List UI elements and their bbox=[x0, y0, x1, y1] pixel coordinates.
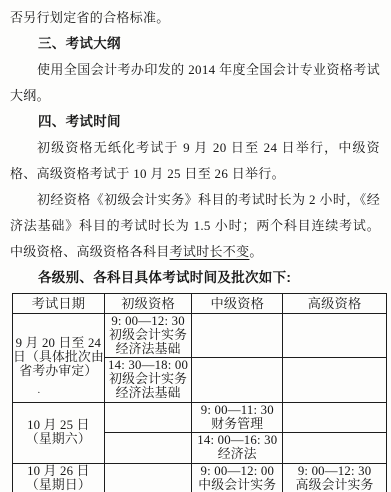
paragraph-exam-duration: 初经资格《初级会计实务》科目的考试时长为 2 小时，《经济法基础》科目的考试时长… bbox=[10, 187, 380, 265]
empty-cell bbox=[104, 463, 192, 492]
junior-session1-cell: 9: 00—12: 30初级会计实务经济法基础 bbox=[104, 314, 192, 358]
table-intro-line: 各级别、各科目具体考试时间及批次如下: bbox=[10, 265, 380, 291]
column-header-intermediate-level: 中级资格 bbox=[192, 294, 283, 314]
table-row-oct25-morning: 10 月 25 日（星期六） 9: 00—11: 30财务管理 bbox=[13, 402, 387, 433]
column-header-junior-level: 初级资格 bbox=[104, 294, 192, 314]
empty-cell bbox=[104, 433, 192, 464]
paragraph-tail: 否另行划定省的合格标准。 bbox=[10, 5, 380, 31]
empty-cell bbox=[192, 358, 283, 402]
empty-cell bbox=[104, 402, 192, 433]
section-heading-exam-outline: 三、考试大纲 bbox=[10, 31, 380, 57]
section-heading-exam-time: 四、考试时间 bbox=[10, 109, 380, 135]
document-page: 否另行划定省的合格标准。 三、考试大纲 使用全国会计考办印发的 2014 年度全… bbox=[0, 0, 391, 492]
empty-cell bbox=[283, 314, 387, 358]
column-header-senior-level: 高级资格 bbox=[283, 294, 387, 314]
column-header-exam-date: 考试日期 bbox=[13, 294, 105, 314]
intermediate-session1-cell: 9: 00—11: 30财务管理 bbox=[192, 402, 283, 433]
table-row-oct26: 10 月 26 日（星期日） 9: 00—12: 00中级会计实务 9: 00—… bbox=[13, 463, 387, 492]
empty-cell bbox=[192, 314, 283, 358]
duration-period: 。 bbox=[249, 244, 262, 259]
paragraph-exam-outline: 使用全国会计考办印发的 2014 年度全国会计专业资格考试大纲。 bbox=[10, 57, 380, 109]
table-row-sep20-morning: 9 月 20 日至 24日（具体批次由省考办审定） · 9: 00—12: 30… bbox=[13, 314, 387, 358]
scan-artifact-dot: · bbox=[37, 387, 41, 401]
date-text: 10 月 25 日（星期六） bbox=[13, 419, 104, 447]
exam-schedule-table: 考试日期 初级资格 中级资格 高级资格 9 月 20 日至 24日（具体批次由省… bbox=[12, 293, 387, 492]
duration-underlined-text: 考试时长不变 bbox=[170, 244, 250, 259]
intermediate-oct26-cell: 9: 00—12: 00中级会计实务 bbox=[192, 463, 283, 492]
date-cell-oct25: 10 月 25 日（星期六） bbox=[13, 402, 105, 463]
empty-cell bbox=[283, 433, 387, 464]
junior-session2-cell: 14: 30—18: 00初级会计实务经济法基础 bbox=[104, 358, 192, 402]
senior-oct26-cell: 9: 00—12: 30高级会计实务 bbox=[283, 463, 387, 492]
date-text: 9 月 20 日至 24日（具体批次由省考办审定） bbox=[13, 337, 104, 378]
date-cell-oct26: 10 月 26 日（星期日） bbox=[13, 463, 105, 492]
empty-cell bbox=[283, 402, 387, 433]
table-header-row: 考试日期 初级资格 中级资格 高级资格 bbox=[13, 294, 387, 314]
date-cell-sep20-24: 9 月 20 日至 24日（具体批次由省考办审定） · bbox=[13, 314, 105, 403]
empty-cell bbox=[283, 358, 387, 402]
paragraph-exam-schedule: 初级资格无纸化考试于 9 月 20 日至 24 日举行，中级资格、高级资格考试于… bbox=[10, 135, 380, 187]
date-text: 10 月 26 日（星期日） bbox=[13, 465, 104, 492]
intermediate-session2-cell: 14: 00—16: 30经济法 bbox=[192, 433, 283, 464]
